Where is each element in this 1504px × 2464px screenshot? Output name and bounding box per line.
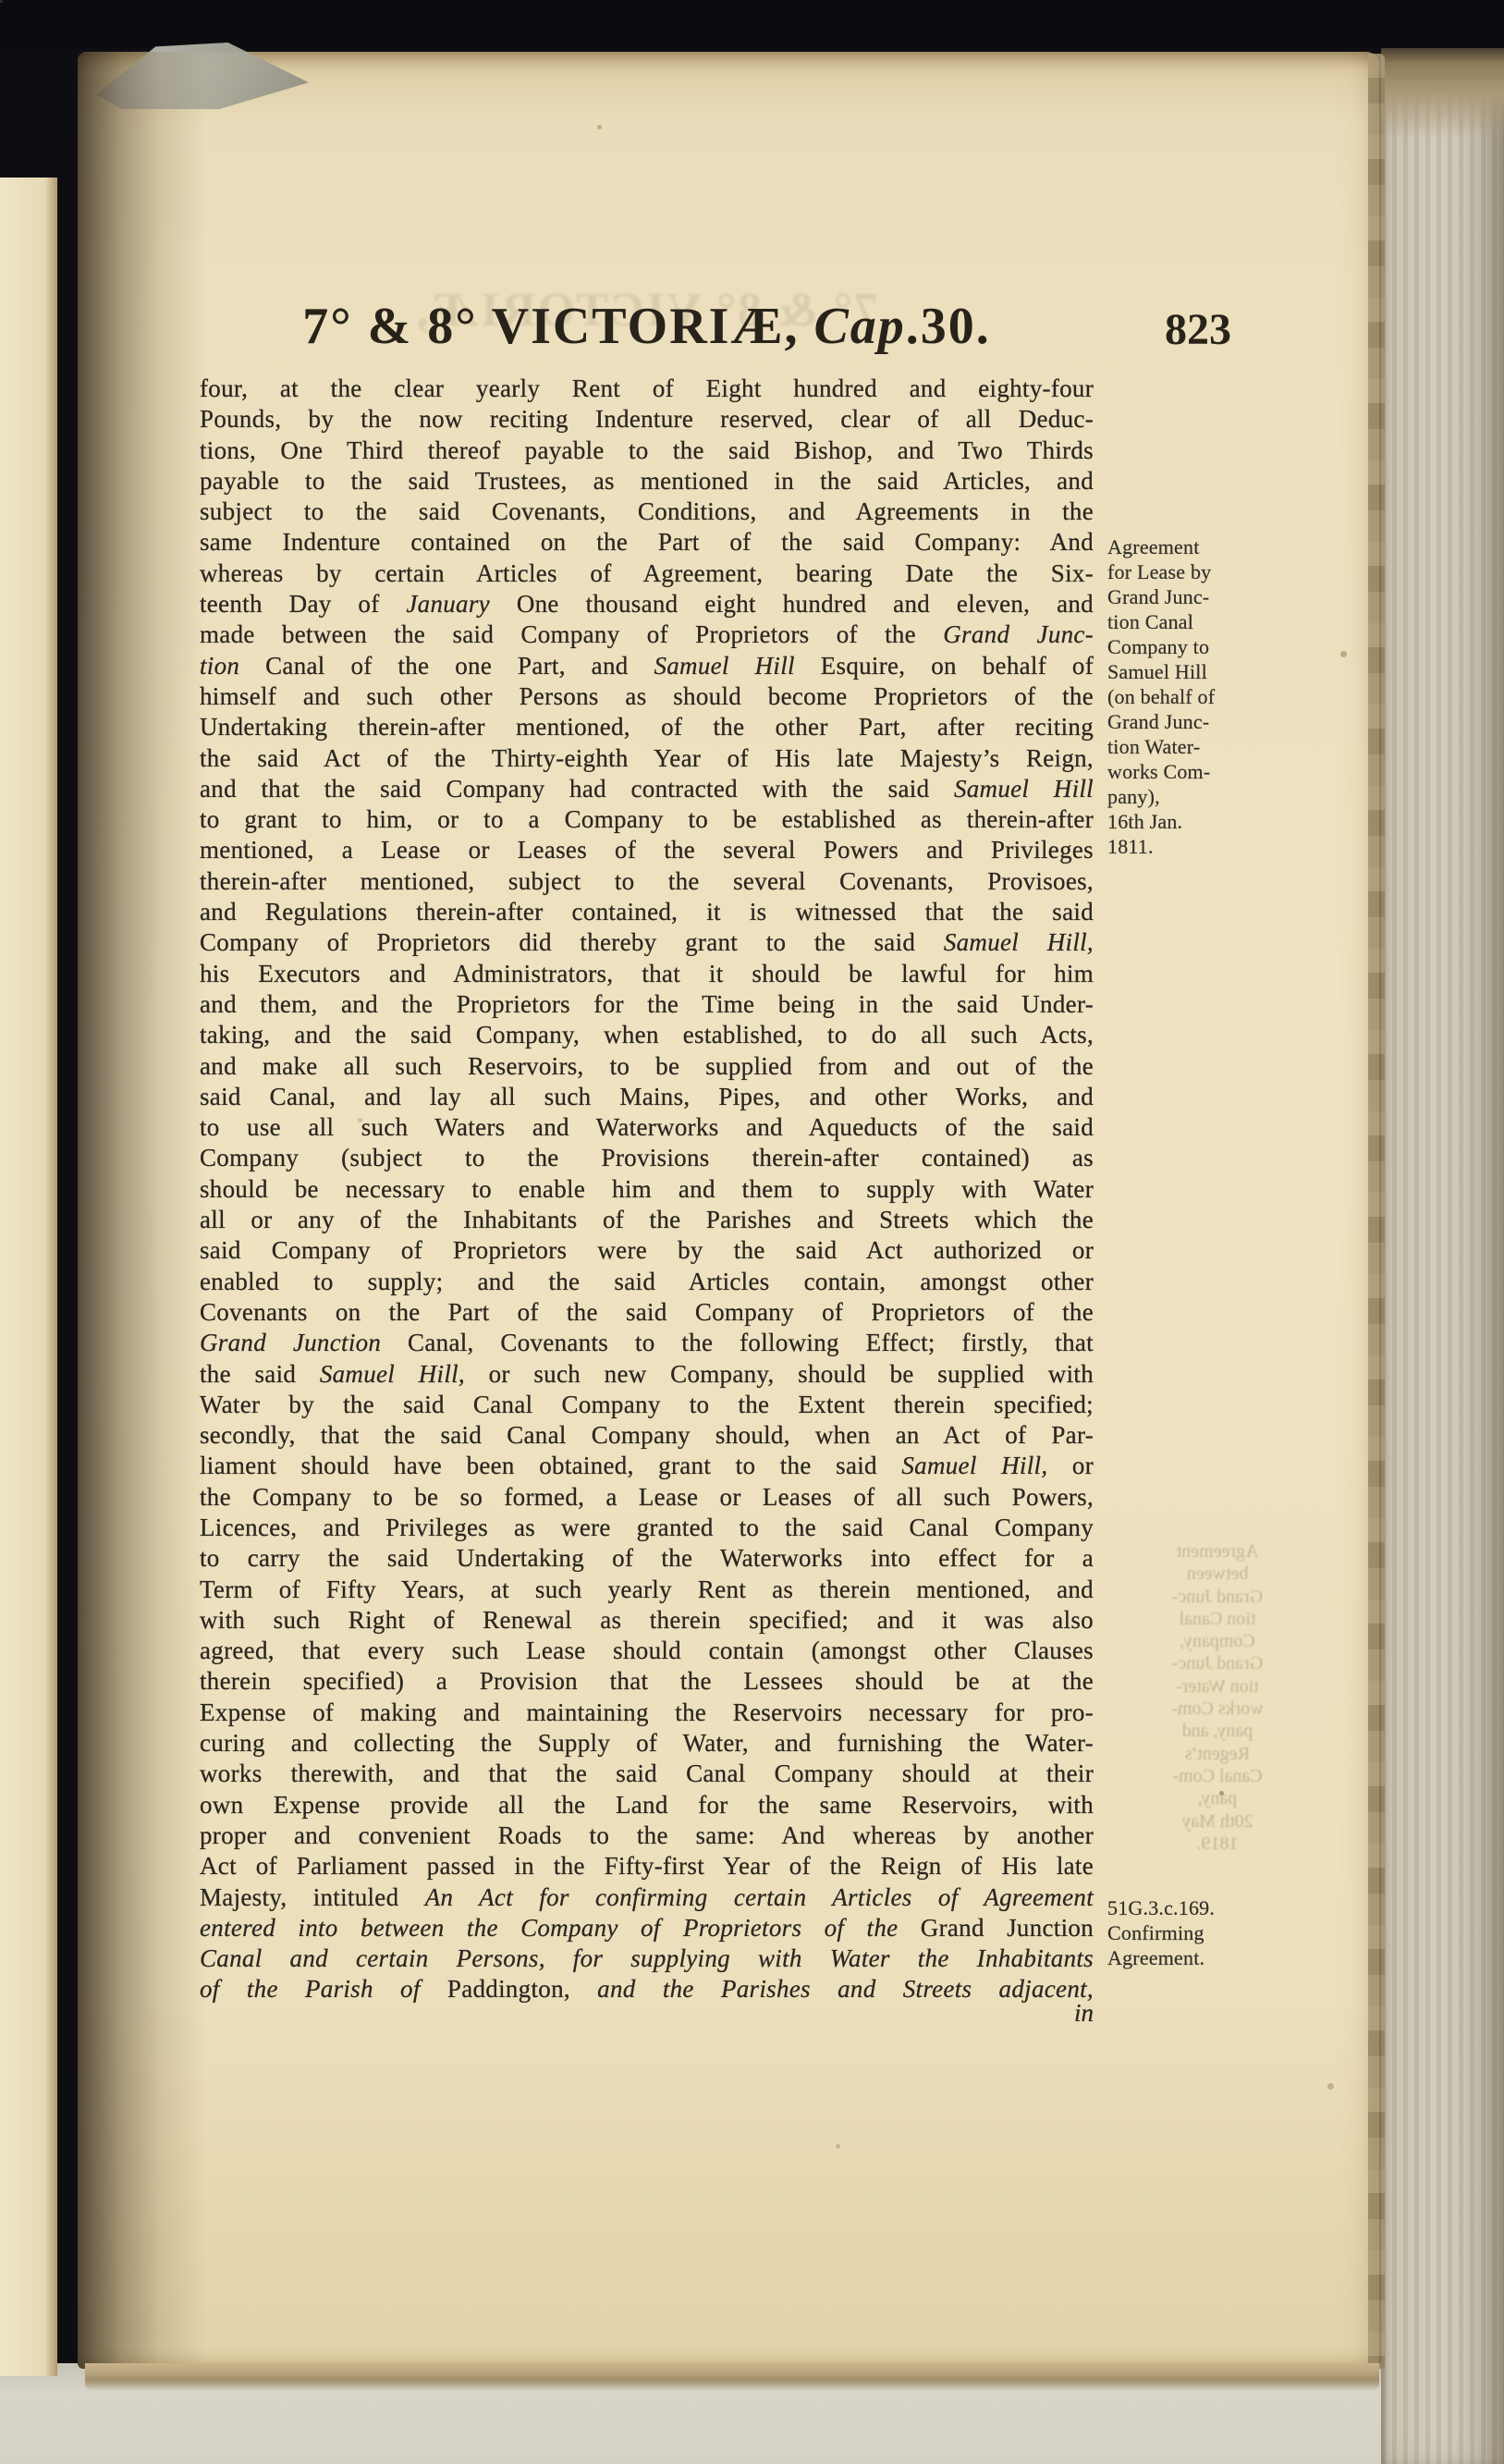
margin-note-line: Agreement. — [1107, 1945, 1306, 1970]
margin-note-line: tion Water- — [1107, 734, 1306, 759]
text-segment: Undertaking therein-after mentioned, of … — [200, 713, 1094, 741]
body-line: the said Act of the Thirty-eighth Year o… — [200, 743, 1094, 774]
body-line: Canal and certain Persons, for supplying… — [200, 1943, 1094, 1974]
body-line: whereas by certain Articles of Agreement… — [200, 558, 1094, 589]
text-segment: made between the said Company of Proprie… — [200, 620, 943, 648]
text-segment: himself and such other Persons as should… — [200, 682, 1094, 710]
body-line: and Regulations therein-after contained,… — [200, 897, 1094, 927]
text-segment: said Company of Proprietors were by the … — [200, 1236, 1094, 1264]
margin-note-line: 16th Jan. — [1107, 809, 1306, 834]
text-segment: of the Parish of — [200, 1975, 447, 2003]
margin-note-line: Grand Junc- — [1107, 584, 1306, 609]
text-segment: his Executors and Administrators, that i… — [200, 960, 1094, 987]
body-line: same Indenture contained on the Part of … — [200, 527, 1094, 558]
body-line: all or any of the Inhabitants of the Par… — [200, 1205, 1094, 1235]
text-segment: all or any of the Inhabitants of the Par… — [200, 1206, 1094, 1233]
page-stack-top-edge — [1381, 37, 1504, 139]
text-segment: same Indenture contained on the Part of … — [200, 528, 1094, 556]
body-line: subject to the said Covenants, Condition… — [200, 496, 1094, 527]
body-line: the Company to be so formed, a Lease or … — [200, 1482, 1094, 1513]
bleedthrough-line: Canal Com- — [1130, 1765, 1305, 1787]
body-line: mentioned, a Lease or Leases of the seve… — [200, 835, 1094, 865]
bleedthrough-line: Regent’s — [1130, 1743, 1305, 1765]
page-stack-fore-edge — [1381, 37, 1504, 2464]
margin-note-line: Grand Junc- — [1107, 709, 1306, 734]
text-segment: the Company to be so formed, a Lease or … — [200, 1483, 1094, 1511]
text-segment: Majesty, intituled — [200, 1883, 425, 1911]
body-line: to use all such Waters and Waterworks an… — [200, 1112, 1094, 1143]
regnal-year: 7° & 8° VICTORIÆ, — [302, 298, 799, 355]
margin-note-line: Samuel Hill — [1107, 659, 1306, 684]
body-line: should be necessary to enable him and th… — [200, 1174, 1094, 1205]
bleedthrough-line: Agreement — [1130, 1540, 1305, 1563]
text-segment: Company of Proprietors did thereby grant… — [200, 928, 944, 956]
margin-note-line: Agreement — [1107, 534, 1306, 559]
body-line: Grand Junction Canal, Covenants to the f… — [200, 1328, 1094, 1358]
bleedthrough-line: 1819. — [1130, 1833, 1305, 1855]
text-segment: taking, and the said Company, when estab… — [200, 1021, 1094, 1048]
page-deckle-edge — [1368, 54, 1385, 2369]
text-segment: teenth Day of — [200, 590, 406, 618]
text-segment: secondly, that the said Canal Company sh… — [200, 1421, 1094, 1449]
margin-note-line: Company to — [1107, 634, 1306, 659]
text-segment: or — [1047, 1452, 1094, 1479]
body-line: tion Canal of the one Part, and Samuel H… — [200, 651, 1094, 681]
text-segment: and Regulations therein-after contained,… — [200, 898, 1094, 926]
body-line: himself and such other Persons as should… — [200, 681, 1094, 712]
text-segment: Company (subject to the Provisions there… — [200, 1144, 1094, 1171]
text-segment: Covenants on the Part of the said Compan… — [200, 1298, 1094, 1326]
text-segment: therein-after mentioned, subject to the … — [200, 867, 1094, 895]
body-line: tions, One Third thereof payable to the … — [200, 435, 1094, 466]
body-line: Undertaking therein-after mentioned, of … — [200, 712, 1094, 742]
text-segment: Samuel Hill, — [901, 1452, 1047, 1479]
bleedthrough-line: pany, — [1130, 1787, 1305, 1809]
body-line: own Expense provide all the Land for the… — [200, 1790, 1094, 1820]
text-segment: works therewith, and that the said Canal… — [200, 1759, 1094, 1787]
body-line: Term of Fifty Years, at such yearly Rent… — [200, 1575, 1094, 1605]
body-line: liament should have been obtained, grant… — [200, 1451, 1094, 1481]
bleedthrough-line: pany, and — [1130, 1720, 1305, 1742]
margin-note-line: pany), — [1107, 784, 1306, 809]
text-segment: to grant to him, or to a Company to be e… — [200, 805, 1094, 833]
margin-note-line: 51G.3.c.169. — [1107, 1895, 1306, 1920]
margin-note-line: for Lease by — [1107, 559, 1306, 584]
text-segment: Grand Junc- — [943, 620, 1094, 648]
text-segment: and them, and the Proprietors for the Ti… — [200, 990, 1094, 1018]
margin-note-line: works Com- — [1107, 759, 1306, 784]
text-segment: subject to the said Covenants, Condition… — [200, 497, 1094, 525]
margin-note-line: (on behalf of — [1107, 684, 1306, 709]
body-line: therein specified) a Provision that the … — [200, 1666, 1094, 1697]
text-segment: with such Right of Renewal as therein sp… — [200, 1606, 1094, 1634]
text-segment: therein specified) a Provision that the … — [200, 1667, 1094, 1695]
text-segment: entered into between the Company of Prop… — [200, 1914, 921, 1942]
body-line: Company of Proprietors did thereby grant… — [200, 927, 1094, 958]
margin-note-confirming-agreement: 51G.3.c.169.ConfirmingAgreement. — [1107, 1895, 1306, 1970]
text-segment: Grand Junction — [921, 1914, 1094, 1942]
body-line: Pounds, by the now reciting Indenture re… — [200, 404, 1094, 435]
text-segment: payable to the said Trustees, as mention… — [200, 467, 1094, 495]
bleedthrough-line: 20th May — [1130, 1810, 1305, 1833]
text-segment: four, at the clear yearly Rent of Eight … — [200, 374, 1094, 402]
text-segment: Canal and certain Persons, for supplying… — [200, 1944, 1094, 1972]
text-segment: and that the said Company had contracted… — [200, 775, 954, 803]
text-segment: January — [406, 590, 490, 618]
text-segment: Grand Junction — [200, 1329, 381, 1356]
body-line: agreed, that every such Lease should con… — [200, 1636, 1094, 1666]
body-line: Act of Parliament passed in the Fifty-fi… — [200, 1851, 1094, 1882]
text-segment: One thousand eight hundred and eleven, a… — [490, 590, 1094, 618]
body-line: Company (subject to the Provisions there… — [200, 1143, 1094, 1173]
text-segment: Expense of making and maintaining the Re… — [200, 1698, 1094, 1726]
text-segment: Esquire, on behalf of — [795, 652, 1094, 680]
bleedthrough-line: tion Water- — [1130, 1675, 1305, 1698]
body-text: four, at the clear yearly Rent of Eight … — [200, 374, 1094, 2005]
body-line: Expense of making and maintaining the Re… — [200, 1698, 1094, 1728]
bleedthrough-line: tion Canal — [1130, 1608, 1305, 1630]
text-segment: Samuel Hill — [654, 652, 794, 680]
body-line: said Company of Proprietors were by the … — [200, 1235, 1094, 1266]
text-segment: and make all such Reservoirs, to be supp… — [200, 1052, 1094, 1080]
margin-note-line: 1811. — [1107, 834, 1306, 859]
bleedthrough-line: Grand Junc- — [1130, 1652, 1305, 1674]
text-segment: Pounds, by the now reciting Indenture re… — [200, 405, 1094, 433]
text-segment: own Expense provide all the Land for the… — [200, 1791, 1094, 1819]
bleedthrough-line: between — [1130, 1563, 1305, 1585]
text-segment: mentioned, a Lease or Leases of the seve… — [200, 836, 1094, 864]
body-line: and them, and the Proprietors for the Ti… — [200, 989, 1094, 1020]
bleedthrough-line: works Com- — [1130, 1698, 1305, 1720]
body-line: Covenants on the Part of the said Compan… — [200, 1297, 1094, 1328]
chapter-label: Cap — [813, 298, 905, 355]
bleedthrough-line: Company, — [1130, 1630, 1305, 1652]
body-line: proper and convenient Roads to the same:… — [200, 1820, 1094, 1851]
body-line: enabled to supply; and the said Articles… — [200, 1267, 1094, 1297]
body-line: Water by the said Canal Company to the E… — [200, 1390, 1094, 1420]
body-line: his Executors and Administrators, that i… — [200, 959, 1094, 989]
text-segment: the said Act of the Thirty-eighth Year o… — [200, 744, 1094, 772]
body-line: to carry the said Undertaking of the Wat… — [200, 1543, 1094, 1574]
text-segment: proper and convenient Roads to the same:… — [200, 1821, 1094, 1849]
margin-note-line: Confirming — [1107, 1920, 1306, 1945]
margin-note-line: tion Canal — [1107, 609, 1306, 634]
body-line: curing and collecting the Supply of Wate… — [200, 1728, 1094, 1759]
body-line: made between the said Company of Proprie… — [200, 619, 1094, 650]
body-line: Majesty, intituled An Act for confirming… — [200, 1882, 1094, 1913]
text-segment: said Canal, and lay all such Mains, Pipe… — [200, 1083, 1094, 1110]
scan-background-top — [0, 0, 1504, 48]
bleedthrough-line: Grand Junc- — [1130, 1586, 1305, 1608]
body-line: works therewith, and that the said Canal… — [200, 1759, 1094, 1789]
body-line: therein-after mentioned, subject to the … — [200, 866, 1094, 897]
body-line: said Canal, and lay all such Mains, Pipe… — [200, 1082, 1094, 1112]
text-segment: to carry the said Undertaking of the Wat… — [200, 1544, 1094, 1572]
page-number: 823 — [1119, 307, 1277, 353]
text-segment: or such new Company, should be supplied … — [465, 1360, 1094, 1388]
chapter-number: .30. — [906, 298, 991, 355]
body-line: teenth Day of January One thousand eight… — [200, 589, 1094, 619]
text-segment: Term of Fifty Years, at such yearly Rent… — [200, 1575, 1094, 1603]
paper-specks — [0, 0, 3, 3]
text-segment: Samuel Hill, — [320, 1360, 465, 1388]
text-segment: to use all such Waters and Waterworks an… — [200, 1113, 1094, 1141]
text-segment: curing and collecting the Supply of Wate… — [200, 1729, 1094, 1757]
text-segment: Paddington, — [447, 1975, 597, 2003]
body-line: four, at the clear yearly Rent of Eight … — [200, 374, 1094, 404]
body-line: secondly, that the said Canal Company sh… — [200, 1420, 1094, 1451]
text-segment: liament should have been obtained, grant… — [200, 1452, 901, 1479]
margin-note-agreement-for-lease: Agreementfor Lease byGrand Junc-tion Can… — [1107, 534, 1306, 859]
gutter-shadow — [78, 52, 207, 2369]
text-segment: enabled to supply; and the said Articles… — [200, 1268, 1094, 1295]
text-segment: An Act for confirming certain Articles o… — [425, 1883, 1094, 1911]
bleedthrough-margin-note: AgreementbetweenGrand Junc-tion CanalCom… — [1130, 1540, 1305, 1855]
catchword: in — [909, 1999, 1094, 2028]
text-segment: Act of Parliament passed in the Fifty-fi… — [200, 1852, 1094, 1880]
body-line: Licences, and Privileges as were granted… — [200, 1513, 1094, 1543]
page-header: 7° & 8° VICTORIÆ,Cap.30. — [200, 300, 1094, 353]
body-line: to grant to him, or to a Company to be e… — [200, 804, 1094, 835]
body-line: entered into between the Company of Prop… — [200, 1913, 1094, 1943]
body-line: taking, and the said Company, when estab… — [200, 1020, 1094, 1050]
facing-page-edge — [0, 178, 57, 2376]
text-segment: Samuel Hill — [954, 775, 1094, 803]
text-segment: tion — [200, 652, 239, 680]
book-scan: 7° & 8° VICTORIÆ, 7° & 8° VICTORIÆ,Cap.3… — [0, 0, 1504, 2464]
body-line: and that the said Company had contracted… — [200, 774, 1094, 804]
text-segment: Canal of the one Part, and — [239, 652, 654, 680]
text-segment: Licences, and Privileges as were granted… — [200, 1514, 1094, 1541]
text-segment: should be necessary to enable him and th… — [200, 1175, 1094, 1203]
text-segment: whereas by certain Articles of Agreement… — [200, 559, 1094, 587]
text-segment: tions, One Third thereof payable to the … — [200, 436, 1094, 464]
text-segment: Canal, Covenants to the following Effect… — [381, 1329, 1094, 1356]
text-segment: Water by the said Canal Company to the E… — [200, 1391, 1094, 1418]
text-segment: the said — [200, 1360, 320, 1388]
text-segment: Samuel Hill, — [944, 928, 1094, 956]
body-line: the said Samuel Hill, or such new Compan… — [200, 1359, 1094, 1390]
body-line: payable to the said Trustees, as mention… — [200, 466, 1094, 496]
page-bottom-edge — [85, 2363, 1379, 2391]
text-segment: agreed, that every such Lease should con… — [200, 1637, 1094, 1664]
body-line: and make all such Reservoirs, to be supp… — [200, 1051, 1094, 1082]
body-line: with such Right of Renewal as therein sp… — [200, 1605, 1094, 1636]
